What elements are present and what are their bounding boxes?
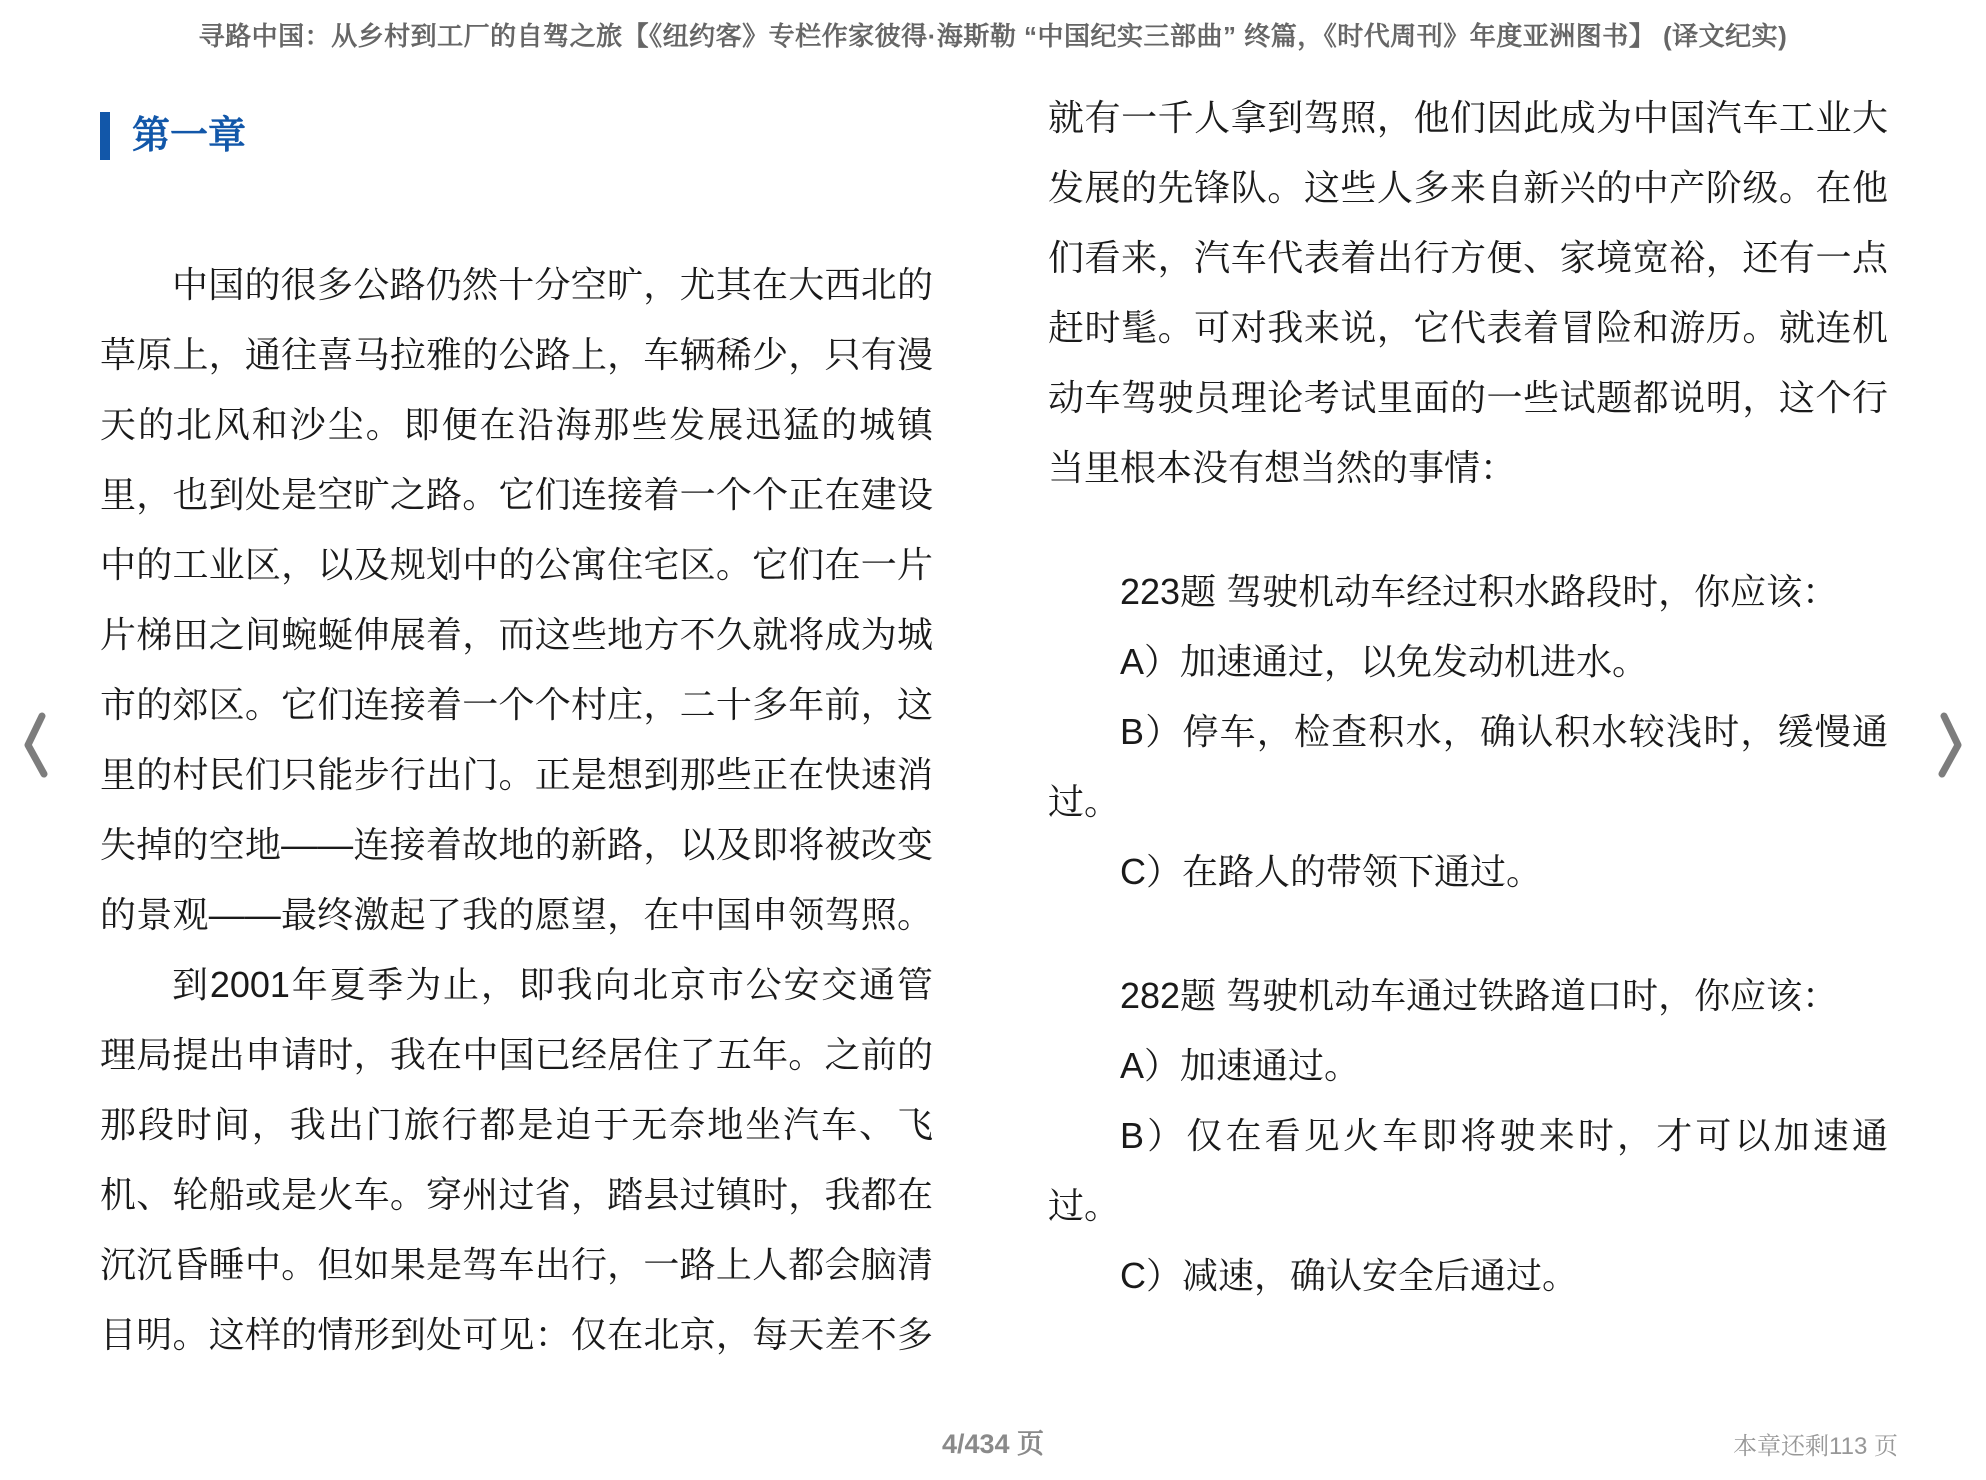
book-title: 寻路中国：从乡村到工厂的自驾之旅【《纽约客》专栏作家彼得·海斯勒 “中国纪实三部… — [0, 16, 1986, 53]
question-block-223: 223题 驾驶机动车经过积水路段时，你应该：A）加速通过，以免发动机进水。B）停… — [1048, 557, 1888, 907]
ebook-reader-page: { "header": { "title": "寻路中国：从乡村到工厂的自驾之旅… — [0, 0, 1986, 1480]
text-line: 282题 驾驶机动车通过铁路道口时，你应该： — [1048, 961, 1888, 1031]
text-line: 失掉的空地——连接着故地的新路，以及即将被改变 — [100, 810, 933, 880]
text-line: 那段时间，我出门旅行都是迫于无奈地坐汽车、飞 — [100, 1090, 933, 1160]
text-line: 机、轮船或是火车。穿州过省，踏县过镇时，我都在 — [100, 1160, 933, 1230]
text-line: 当里根本没有想当然的事情： — [1048, 433, 1888, 503]
text-line: 发展的先锋队。这些人多来自新兴的中产阶级。在他 — [1048, 153, 1888, 223]
text-line: 理局提出申请时，我在中国已经居住了五年。之前的 — [100, 1020, 933, 1090]
text-line: 过。 — [1048, 1171, 1888, 1241]
text-line: 里，也到处是空旷之路。它们连接着一个个正在建设 — [100, 460, 933, 530]
right-text-column: 就有一千人拿到驾照，他们因此成为中国汽车工业大发展的先锋队。这些人多来自新兴的中… — [1048, 83, 1888, 1311]
paragraph-3: 就有一千人拿到驾照，他们因此成为中国汽车工业大发展的先锋队。这些人多来自新兴的中… — [1048, 83, 1888, 503]
text-line: 到2001年夏季为止，即我向北京市公安交通管 — [100, 950, 933, 1020]
text-line: A）加速通过。 — [1048, 1031, 1888, 1101]
chevron-left-icon — [19, 710, 49, 780]
text-line: 223题 驾驶机动车经过积水路段时，你应该： — [1048, 557, 1888, 627]
chapter-heading: 第一章 — [100, 112, 246, 160]
paragraph-1: 中国的很多公路仍然十分空旷，尤其在大西北的草原上，通往喜马拉雅的公路上，车辆稀少… — [100, 250, 933, 950]
text-line: 片梯田之间蜿蜒伸展着，而这些地方不久就将成为城 — [100, 600, 933, 670]
text-line: 的景观——最终激起了我的愿望，在中国申领驾照。 — [100, 880, 933, 950]
text-line: B）停车，检查积水，确认积水较浅时，缓慢通 — [1048, 697, 1888, 767]
chevron-right-icon — [1937, 710, 1967, 780]
text-line: 过。 — [1048, 767, 1888, 837]
text-line: 赶时髦。可对我来说，它代表着冒险和游历。就连机 — [1048, 293, 1888, 363]
text-line: 草原上，通往喜马拉雅的公路上，车辆稀少，只有漫 — [100, 320, 933, 390]
text-line: 中国的很多公路仍然十分空旷，尤其在大西北的 — [100, 250, 933, 320]
text-line: 就有一千人拿到驾照，他们因此成为中国汽车工业大 — [1048, 83, 1888, 153]
prev-page-button[interactable] — [12, 705, 56, 785]
text-line: 动车驾驶员理论考试里面的一些试题都说明，这个行 — [1048, 363, 1888, 433]
text-line: 天的北风和沙尘。即便在沿海那些发展迅猛的城镇 — [100, 390, 933, 460]
left-text-column: 中国的很多公路仍然十分空旷，尤其在大西北的草原上，通往喜马拉雅的公路上，车辆稀少… — [100, 250, 933, 1370]
text-line: 目明。这样的情形到处可见：仅在北京，每天差不多 — [100, 1300, 933, 1370]
page-indicator: 4/434 页 — [0, 1422, 1986, 1461]
text-line: 沉沉昏睡中。但如果是驾车出行，一路上人都会脑清 — [100, 1230, 933, 1300]
paragraph-2: 到2001年夏季为止，即我向北京市公安交通管理局提出申请时，我在中国已经居住了五… — [100, 950, 933, 1370]
text-line: 市的郊区。它们连接着一个个村庄，二十多年前，这 — [100, 670, 933, 740]
chapter-title: 第一章 — [132, 112, 246, 160]
text-line: 里的村民们只能步行出门。正是想到那些正在快速消 — [100, 740, 933, 810]
next-page-button[interactable] — [1930, 705, 1974, 785]
chapter-pages-remaining: 本章还剩113 页 — [1733, 1426, 1898, 1461]
text-line: B）仅在看见火车即将驶来时，才可以加速通 — [1048, 1101, 1888, 1171]
text-line: C）在路人的带领下通过。 — [1048, 837, 1888, 907]
text-line: 中的工业区，以及规划中的公寓住宅区。它们在一片 — [100, 530, 933, 600]
chapter-accent-bar — [100, 112, 110, 160]
question-block-282: 282题 驾驶机动车通过铁路道口时，你应该：A）加速通过。B）仅在看见火车即将驶… — [1048, 961, 1888, 1311]
text-line: 们看来，汽车代表着出行方便、家境宽裕，还有一点 — [1048, 223, 1888, 293]
text-line: A）加速通过，以免发动机进水。 — [1048, 627, 1888, 697]
text-line: C）减速，确认安全后通过。 — [1048, 1241, 1888, 1311]
